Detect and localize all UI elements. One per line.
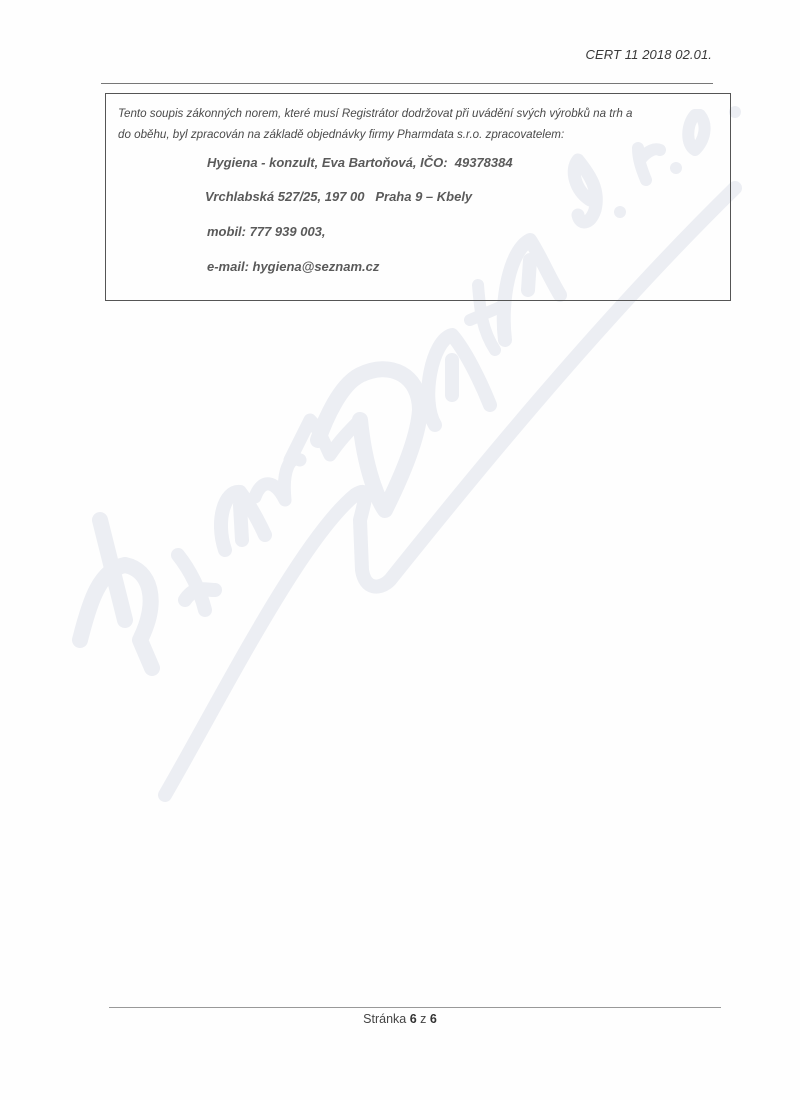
footer-divider <box>109 1007 721 1008</box>
processor-info-box: Tento soupis zákonných norem, které musí… <box>105 93 731 301</box>
page-separator: z <box>420 1012 426 1026</box>
intro-line-2: do oběhu, byl zpracován na základě objed… <box>118 124 726 145</box>
page-label: Stránka <box>363 1012 406 1026</box>
intro-line-1: Tento soupis zákonných norem, které musí… <box>118 103 726 124</box>
contact-address: Vrchlabská 527/25, 197 00 Praha 9 – Kbel… <box>205 189 472 204</box>
header-divider <box>101 83 713 84</box>
intro-paragraph: Tento soupis zákonných norem, které musí… <box>118 103 726 145</box>
document-page: CERT 11 2018 02.01. Tento soupis zákonný… <box>0 0 800 1100</box>
contact-email: e-mail: hygiena@seznam.cz <box>207 259 379 274</box>
document-reference-code: CERT 11 2018 02.01. <box>586 47 712 62</box>
page-number: Stránka 6 z 6 <box>0 1012 800 1026</box>
total-pages: 6 <box>430 1012 437 1026</box>
contact-company: Hygiena - konzult, Eva Bartoňová, IČO: 4… <box>207 155 513 170</box>
current-page: 6 <box>410 1012 417 1026</box>
contact-mobile: mobil: 777 939 003, <box>207 224 326 239</box>
